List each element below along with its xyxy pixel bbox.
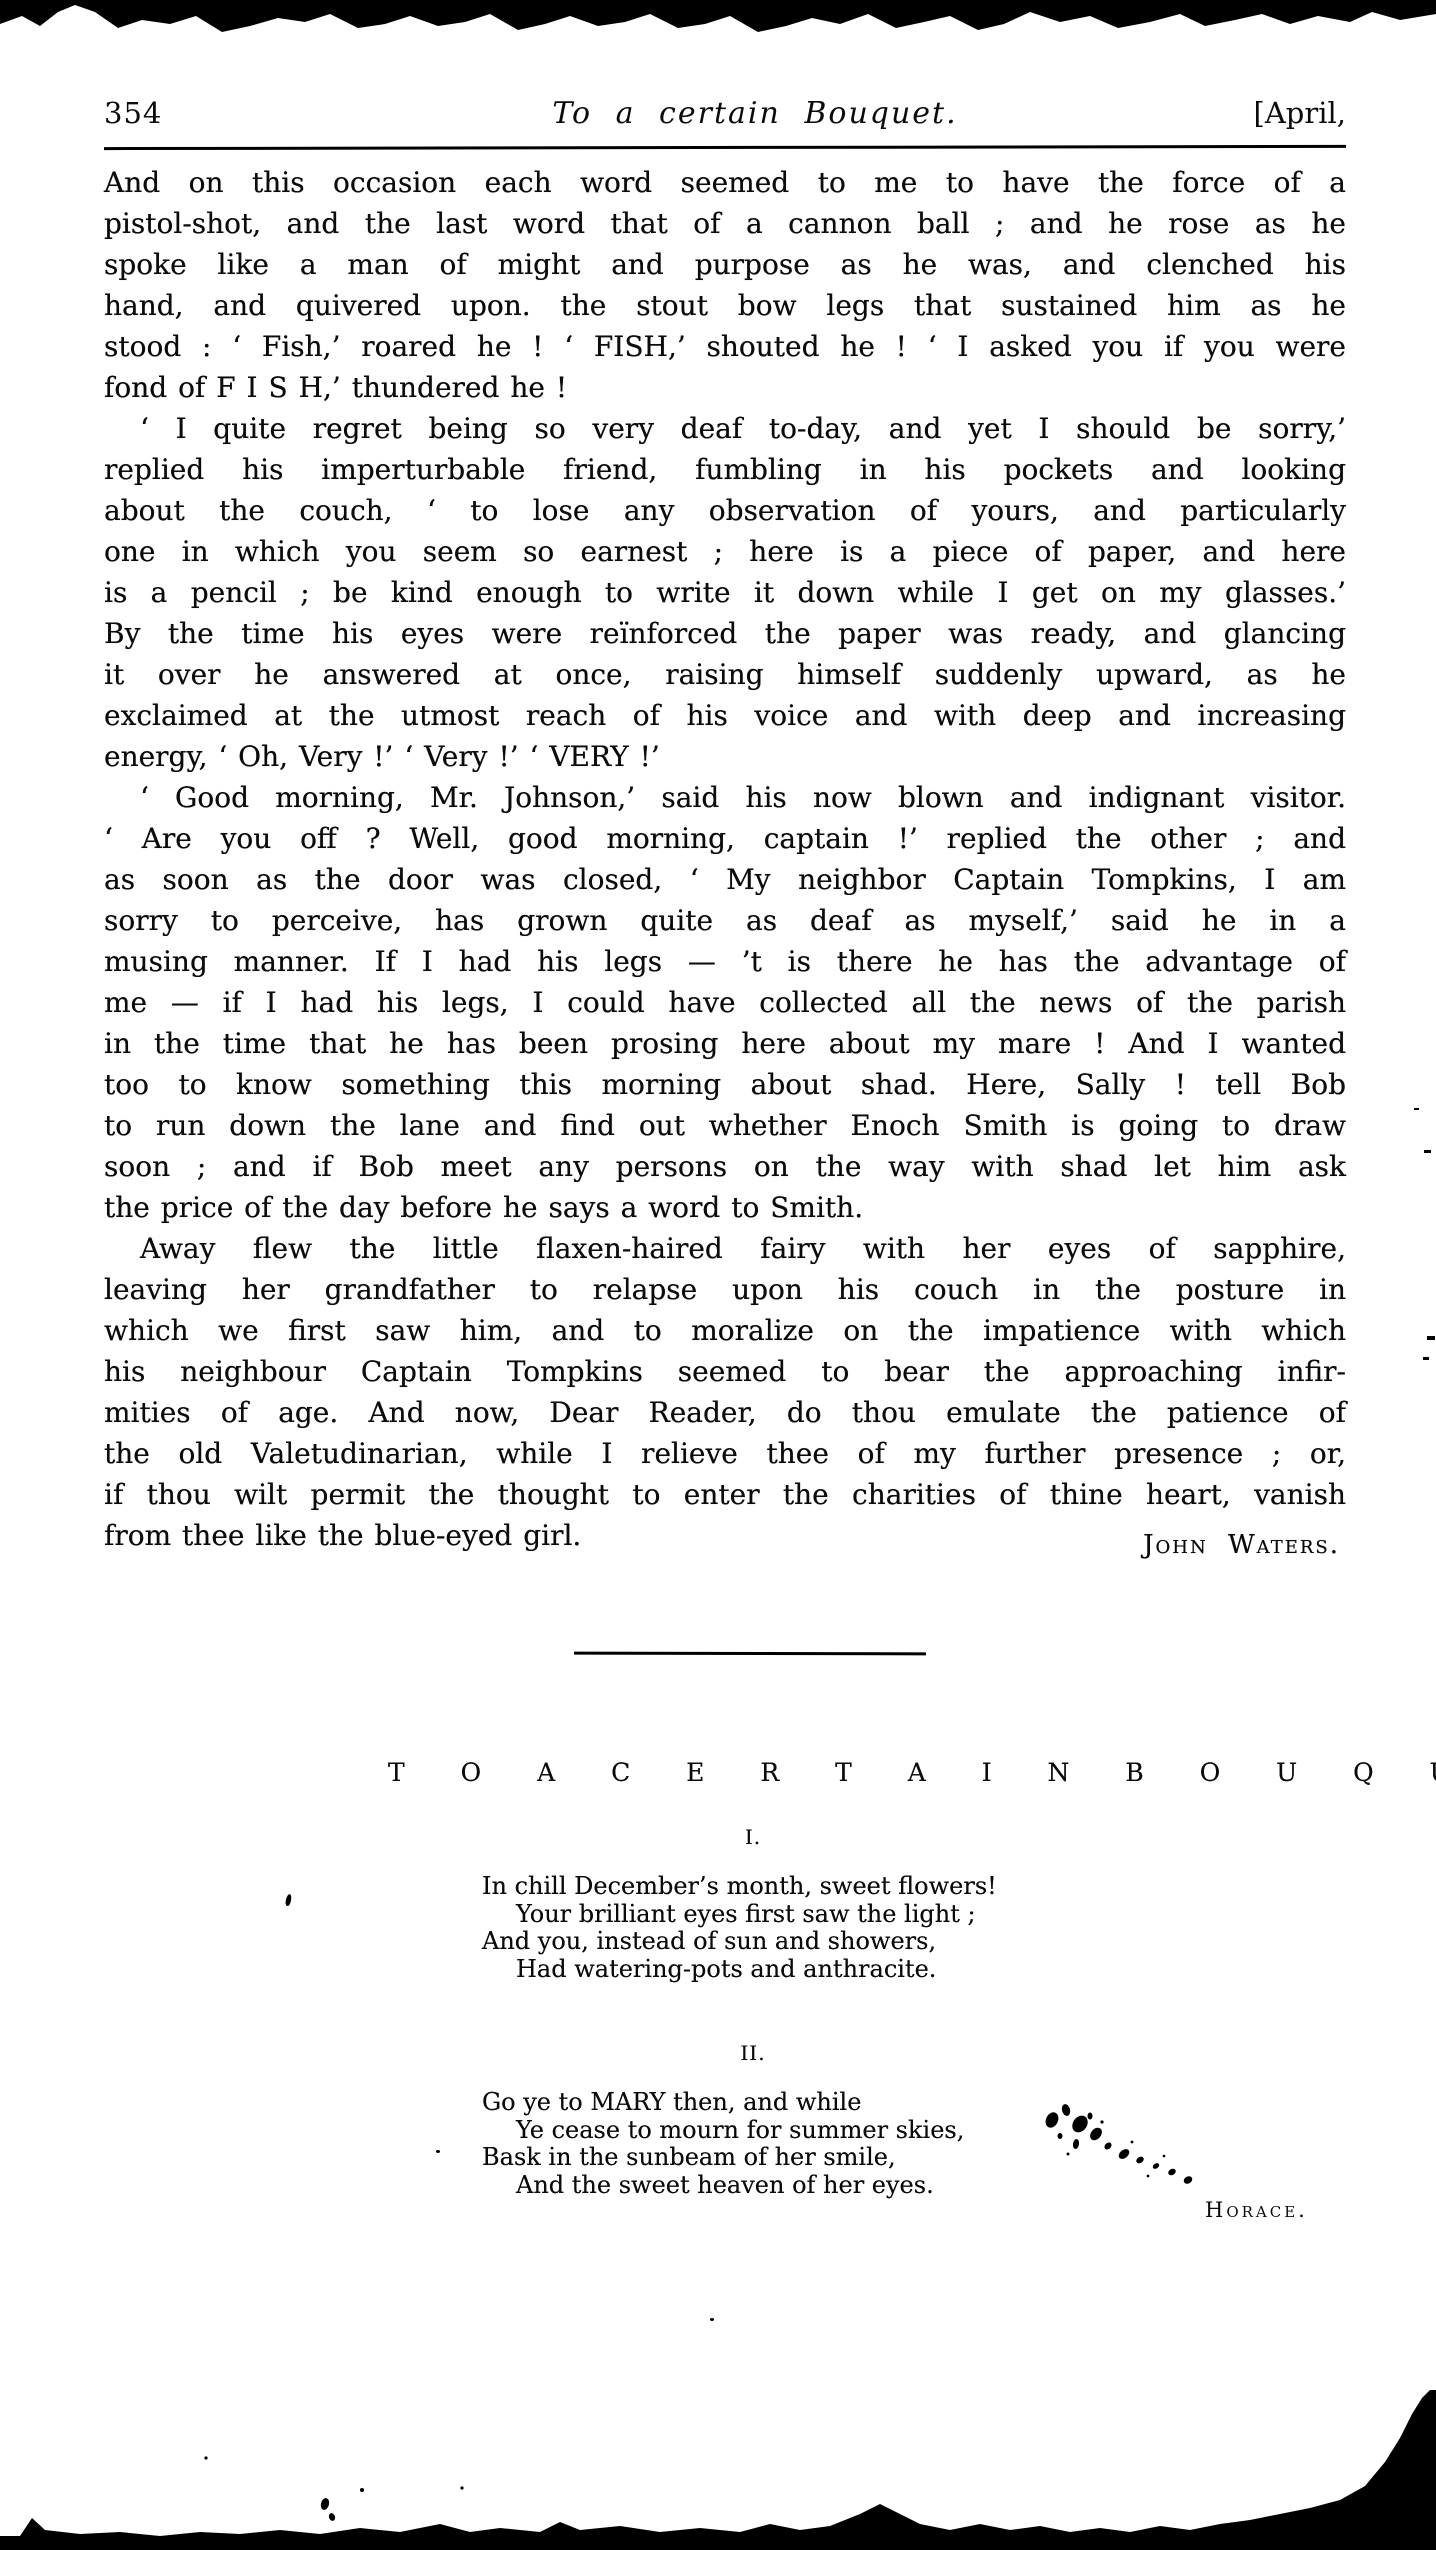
section-divider-rule <box>574 1652 926 1656</box>
text-line: is a pencil ; be kind enough to write it… <box>104 572 1346 613</box>
text-line: mities of age. And now, Dear Reader, do … <box>104 1392 1346 1433</box>
poem-signature: Horace. <box>1205 2198 1308 2222</box>
running-title: To a certain Bouquet. <box>324 96 1186 131</box>
torn-top-edge <box>0 0 1436 40</box>
stanza-numeral: I. <box>388 1825 1118 1849</box>
paragraph: ‘ I quite regret being so very deaf to-d… <box>104 408 1346 777</box>
text-column: 354 To a certain Bouquet. [April, And on… <box>104 96 1346 2199</box>
text-line: ‘ Are you off ? Well, good morning, capt… <box>104 818 1346 859</box>
text-line: Your brilliant eyes first saw the light … <box>516 1901 1118 1929</box>
ink-speck <box>1414 1108 1419 1110</box>
scanned-page: 354 To a certain Bouquet. [April, And on… <box>0 0 1436 2550</box>
text-line: And you, instead of sun and showers, <box>482 1928 1118 1956</box>
text-line: his neighbour Captain Tompkins seemed to… <box>104 1351 1346 1392</box>
paragraph: Away flew the little flaxen-haired fairy… <box>104 1228 1346 1556</box>
text-line: if thou wilt permit the thought to enter… <box>104 1474 1346 1515</box>
text-line: Go ye to MARY then, and while <box>482 2089 1118 2117</box>
header-rule <box>104 145 1346 150</box>
torn-bottom-edge <box>0 2390 1436 2550</box>
paragraph: And on this occasion each word seemed to… <box>104 162 1346 408</box>
text-line: as soon as the door was closed, ‘ My nei… <box>104 859 1346 900</box>
text-line: fond of F I S H,’ thundered he ! <box>104 367 1346 408</box>
text-line: Ye cease to mourn for summer skies, <box>516 2117 1118 2145</box>
text-line: about the couch, ‘ to lose any observati… <box>104 490 1346 531</box>
page-header: 354 To a certain Bouquet. [April, <box>104 96 1346 131</box>
poem: T O A C E R T A I N B O U Q U E T . I. I… <box>388 1758 1118 2199</box>
text-line: to run down the lane and find out whethe… <box>104 1105 1346 1146</box>
stanza-numeral: II. <box>388 2041 1118 2065</box>
stanza: In chill December’s month, sweet flowers… <box>482 1873 1118 1983</box>
poem-title: T O A C E R T A I N B O U Q U E T . <box>388 1758 1118 1787</box>
text-line: sorry to perceive, has grown quite as de… <box>104 900 1346 941</box>
text-line: hand, and quivered upon. the stout bow l… <box>104 285 1346 326</box>
text-line: me — if I had his legs, I could have col… <box>104 982 1346 1023</box>
text-line: one in which you seem so earnest ; here … <box>104 531 1346 572</box>
text-line: exclaimed at the utmost reach of his voi… <box>104 695 1346 736</box>
text-line: the old Valetudinarian, while I relieve … <box>104 1433 1346 1474</box>
text-line: too to know something this morning about… <box>104 1064 1346 1105</box>
ink-speck <box>710 2318 714 2321</box>
text-line: Had watering-pots and anthracite. <box>516 1956 1118 1984</box>
text-line: Bask in the sunbeam of her smile, <box>482 2144 1118 2172</box>
text-line: pistol-shot, and the last word that of a… <box>104 203 1346 244</box>
text-line: And the sweet heaven of her eyes. <box>516 2172 1118 2200</box>
text-line: stood : ‘ Fish,’ roared he ! ‘ FISH,’ sh… <box>104 326 1346 367</box>
text-line: ‘ Good morning, Mr. Johnson,’ said his n… <box>104 777 1346 818</box>
ink-smudge <box>1038 2096 1238 2196</box>
text-line: Away flew the little flaxen-haired fairy… <box>104 1228 1346 1269</box>
article-body: And on this occasion each word seemed to… <box>104 162 1346 1548</box>
text-line: musing manner. If I had his legs — ’t is… <box>104 941 1346 982</box>
text-line: the price of the day before he says a wo… <box>104 1187 1346 1228</box>
text-line: in the time that he has been prosing her… <box>104 1023 1346 1064</box>
text-line: spoke like a man of might and purpose as… <box>104 244 1346 285</box>
text-line: energy, ‘ Oh, Very !’ ‘ Very !’ ‘ VERY !… <box>104 736 1346 777</box>
text-line: replied his imperturbable friend, fumbli… <box>104 449 1346 490</box>
ink-speck <box>436 2150 440 2153</box>
text-line: soon ; and if Bob meet any persons on th… <box>104 1146 1346 1187</box>
ink-speck <box>1427 1336 1435 1340</box>
text-line: By the time his eyes were reïnforced the… <box>104 613 1346 654</box>
text-line: which we first saw him, and to moralize … <box>104 1310 1346 1351</box>
ink-speck <box>1424 1150 1431 1153</box>
text-line: In chill December’s month, sweet flowers… <box>482 1873 1118 1901</box>
text-line: it over he answered at once, raising him… <box>104 654 1346 695</box>
page-number: 354 <box>104 96 294 130</box>
stanza: Go ye to MARY then, and whileYe cease to… <box>482 2089 1118 2199</box>
paragraph: ‘ Good morning, Mr. Johnson,’ said his n… <box>104 777 1346 1228</box>
text-line: ‘ I quite regret being so very deaf to-d… <box>104 408 1346 449</box>
text-line: And on this occasion each word seemed to… <box>104 162 1346 203</box>
author-signature: John Waters. <box>104 1530 1346 1560</box>
ink-speck <box>1423 1357 1429 1360</box>
text-line: leaving her grandfather to relapse upon … <box>104 1269 1346 1310</box>
